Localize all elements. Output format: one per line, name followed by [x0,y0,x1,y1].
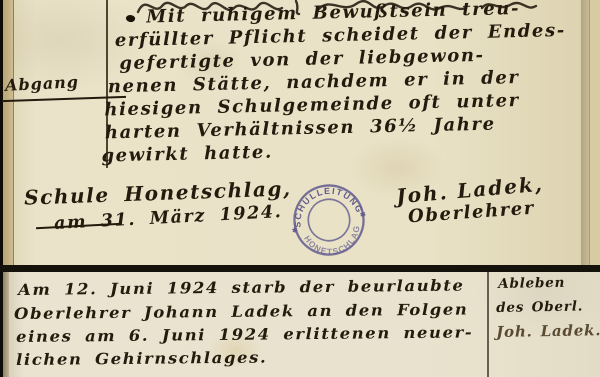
document-scan: Mit ruhigem Bewußtsein treu- erfüllter P… [0,0,600,377]
handwritten-line: eines am 6. Juni 1924 erlittenen neuer- [16,322,473,346]
stamp-text-bottom: HONETSCHLAG [301,222,367,263]
margin-note-line: Joh. Ladek. [496,321,600,341]
margin-rule-vertical [487,272,489,377]
margin-note-line: Ableben [498,275,565,292]
chronicle-entry-departure: Mit ruhigem Bewußtsein treu- erfüllter P… [0,0,600,265]
svg-text:HONETSCHLAG: HONETSCHLAG [301,222,367,263]
page-edge-left [3,272,9,377]
school-stamp: SCHULLEITUNG HONETSCHLAG ✱ ✱ [283,174,375,265]
chronicle-entry-death-notice: Am 12. Juni 1924 starb der beurlaubte Ob… [0,272,600,377]
stamp-star-right: ✱ [359,210,367,219]
handwritten-line: lichen Gehirnschlages. [16,348,267,369]
margin-note-abgang: Abgang [5,72,80,95]
handwritten-line: Am 12. Juni 1924 starb der beurlaubte [18,276,465,299]
margin-note-line: des Oberl. [496,298,583,316]
handwritten-line: gewirkt hatte. [101,142,273,167]
handwritten-line: Oberlehrer Johann Ladek an den Folgen [14,300,469,323]
